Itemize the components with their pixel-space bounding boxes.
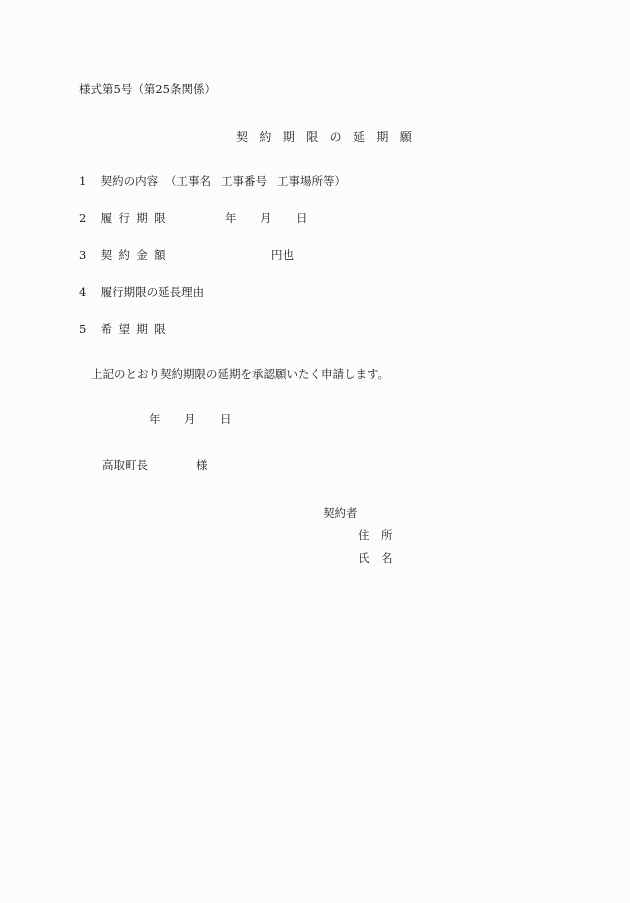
document-title: 契約期限の延期願 [236,131,423,143]
item-2-year-unit: 年 [225,213,237,225]
item-number: 4 [79,287,97,299]
item-number: 2 [79,213,97,225]
item-label: 契約金額 [101,248,172,262]
item-1-detail-project-location: 工事場所等） [277,176,346,188]
addressee-honorific: 様 [196,460,208,472]
addressee-name: 高取町長 [102,460,148,472]
item-1-detail-project-number: 工事番号 [221,176,267,188]
item-1-detail-project-name: （工事名 [165,176,211,188]
item-number: 1 [79,176,97,188]
item-2-month-unit: 月 [260,213,272,225]
item-3-amount-suffix: 円也 [271,250,294,262]
form-label: 様式第5号（第25条関係） [79,84,216,96]
item-label: 履行期限の延長理由 [101,285,205,299]
applicant-name-label: 氏 名 [358,553,393,565]
item-4-extension-reason: 4 履行期限の延長理由 [79,287,204,299]
item-label: 契約の内容 [101,174,159,188]
item-2-performance-period: 2 履行期限 [79,213,172,225]
date-day-unit: 日 [220,414,232,426]
item-5-desired-period: 5 希望期限 [79,324,172,336]
item-label: 履行期限 [101,211,172,225]
applicant-heading: 契約者 [323,508,358,520]
date-month-unit: 月 [184,414,196,426]
item-1-contract-contents: 1 契約の内容 [79,176,158,188]
item-2-day-unit: 日 [296,213,308,225]
item-number: 5 [79,324,97,336]
applicant-address-label: 住 所 [358,530,393,542]
date-year-unit: 年 [149,414,161,426]
item-3-contract-amount: 3 契約金額 [79,250,172,262]
item-number: 3 [79,250,97,262]
item-label: 希望期限 [101,322,172,336]
request-statement: 上記のとおり契約期限の延期を承認願いたく申請します。 [91,369,389,381]
